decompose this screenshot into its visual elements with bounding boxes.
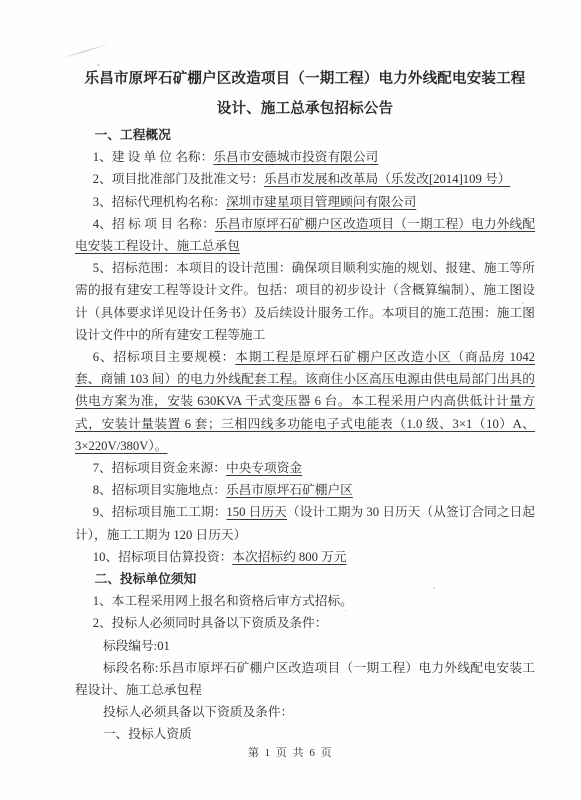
document-title-line1: 乐昌市原坪石矿棚户区改造项目（一期工程）电力外线配电安装工程 [75, 64, 535, 94]
text-segment: 2、项目批准部门及批准文号： [93, 172, 264, 186]
text-segment: 标段名称:乐昌市原坪石矿棚户区改造项目（一期工程）电力外线配电安装工程设计、施工… [75, 661, 535, 697]
document-body: 一、工程概况1、建 设 单 位 名称：乐昌市安德城市投资有限公司2、项目批准部门… [75, 124, 535, 746]
underlined-text-segment: 深圳市建星项目管理顾问有限公司 [226, 195, 416, 209]
paragraph-9: 8、招标项目实施地点：乐昌市原坪石矿棚户区 [75, 479, 535, 501]
text-segment: 9、招标项目施工工期： [93, 505, 227, 519]
underlined-text-segment: 中央专项资金 [226, 461, 302, 475]
text-segment: 1、建 设 单 位 名称： [93, 150, 214, 164]
text-segment: 7、招标项目资金来源： [93, 461, 226, 475]
text-segment: 4、招 标 项 目 名称： [93, 217, 215, 231]
text-segment: 一、工程概况 [95, 128, 171, 142]
paragraph-13: 1、本工程采用网上报名和资格后审方式招标。 [75, 590, 535, 612]
paragraph-6: 5、招标范围：本项目的设计范围：确保项目顺利实施的规划、报建、施工等所需的报有建… [75, 257, 535, 346]
paragraph-10: 9、招标项目施工工期：150 日历天（设计工期为 30 日历天（从签订合同之日起… [75, 501, 535, 545]
text-segment: 3、招标代理机构名称： [93, 195, 226, 209]
underlined-text-segment: 乐昌市原坪石矿棚户区 [226, 483, 353, 497]
text-segment: 5、招标范围：本项目的设计范围：确保项目顺利实施的规划、报建、施工等所需的报有建… [75, 261, 535, 342]
text-segment: 标段编号:01 [103, 639, 170, 653]
document-title-line2: 设计、施工总承包招标公告 [75, 94, 535, 124]
text-segment: 10、招标项目估算投资： [93, 550, 233, 564]
paragraph-16: 标段名称:乐昌市原坪石矿棚户区改造项目（一期工程）电力外线配电安装工程设计、施工… [75, 657, 535, 701]
underlined-text-segment: 乐昌市发展和改革局（乐发改[2014]109 号） [264, 172, 510, 186]
text-segment: 2、投标人必须同时具备以下资质及条件： [93, 616, 328, 630]
paragraph-4: 3、招标代理机构名称：深圳市建星项目管理顾问有限公司 [75, 191, 535, 213]
text-segment: 8、招标项目实施地点： [93, 483, 226, 497]
paragraph-17: 投标人必须具备以下资质及条件： [75, 701, 535, 723]
document-content: 乐昌市原坪石矿棚户区改造项目（一期工程）电力外线配电安装工程 设计、施工总承包招… [75, 64, 535, 746]
text-segment: 1、本工程采用网上报名和资格后审方式招标。 [93, 594, 353, 608]
paragraph-15: 标段编号:01 [75, 635, 535, 657]
paragraph-14: 2、投标人必须同时具备以下资质及条件： [75, 612, 535, 634]
paragraph-1: 一、工程概况 [75, 124, 535, 146]
text-segment: 二、投标单位须知 [95, 572, 197, 586]
page-number-indicator: 第 1 页 共 6 页 [0, 744, 581, 760]
paragraph-2: 1、建 设 单 位 名称：乐昌市安德城市投资有限公司 [75, 146, 535, 168]
text-segment: 一、投标人资质 [103, 727, 192, 741]
paragraph-5: 4、招 标 项 目 名称：乐昌市原坪石矿棚户区改造项目（一期工程）电力外线配电安… [75, 213, 535, 257]
text-segment: 6、招标项目主要规模： [93, 350, 235, 364]
underlined-text-segment: 本次招标约 800 万元 [232, 550, 346, 564]
underlined-text-segment: 乐昌市安德城市投资有限公司 [213, 150, 378, 164]
scanned-document-page: 乐昌市原坪石矿棚户区改造项目（一期工程）电力外线配电安装工程 设计、施工总承包招… [0, 0, 581, 800]
paragraph-7: 6、招标项目主要规模：本期工程是原坪石矿棚户区改造小区（商品房 1042 套、商… [75, 346, 535, 457]
scan-scratch-mark [61, 44, 107, 59]
paragraph-3: 2、项目批准部门及批准文号：乐昌市发展和改革局（乐发改[2014]109 号） [75, 168, 535, 190]
underlined-text-segment: 150 日历天 [226, 505, 286, 519]
paragraph-11: 10、招标项目估算投资：本次招标约 800 万元 [75, 546, 535, 568]
text-segment: 投标人必须具备以下资质及条件： [103, 705, 293, 719]
paragraph-12: 二、投标单位须知 [75, 568, 535, 590]
underlined-text-segment: 本期工程是原坪石矿棚户区改造小区（商品房 1042 套、商铺 103 间）的电力… [75, 350, 535, 453]
document-title: 乐昌市原坪石矿棚户区改造项目（一期工程）电力外线配电安装工程 设计、施工总承包招… [75, 64, 535, 124]
paragraph-8: 7、招标项目资金来源：中央专项资金 [75, 457, 535, 479]
paragraph-18: 一、投标人资质 [75, 723, 535, 745]
